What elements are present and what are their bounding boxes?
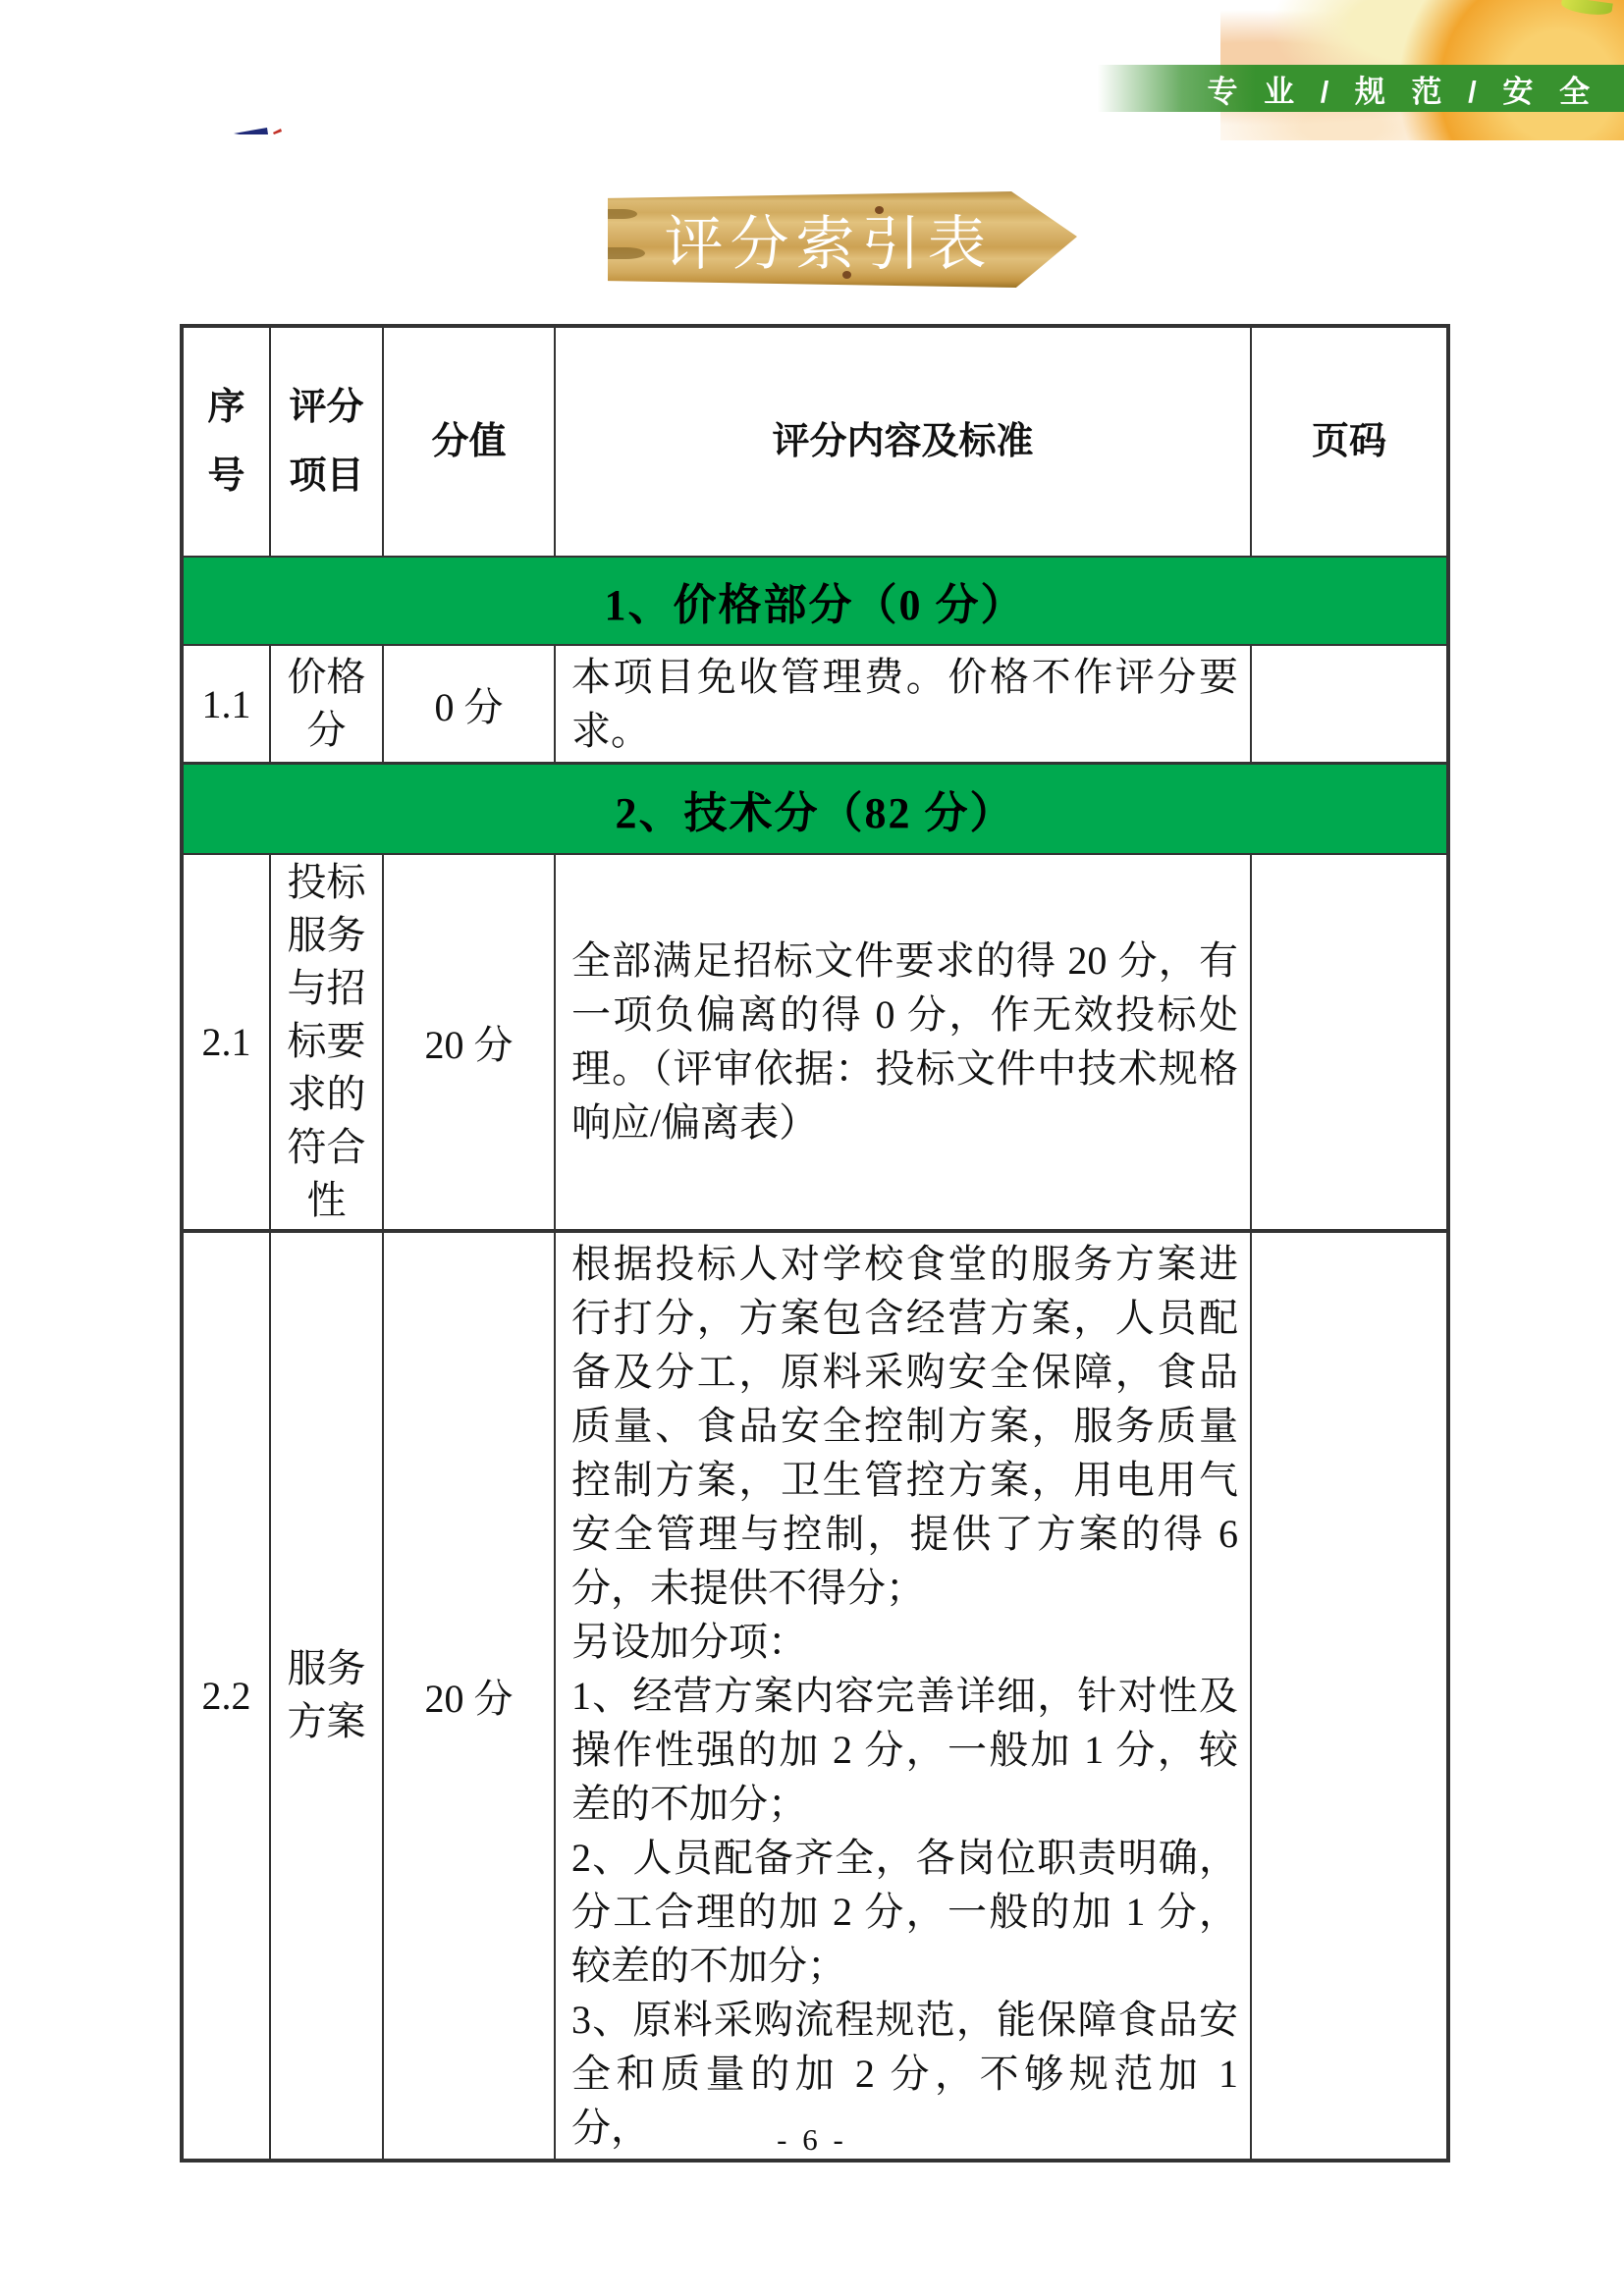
section-title: 2、技术分（82 分） <box>182 764 1448 854</box>
cell-content: 本项目免收管理费。价格不作评分要求。 <box>555 645 1251 764</box>
col-header-no: 序 号 <box>182 326 270 557</box>
logo-mark <box>234 124 285 141</box>
table-row: 1.1 价格分 0 分 本项目免收管理费。价格不作评分要求。 <box>182 645 1448 764</box>
cell-item: 价格分 <box>270 645 383 764</box>
col-header-score: 分值 <box>383 326 555 557</box>
cell-no: 2.2 <box>182 1231 270 2161</box>
table-row: 2.1 投标服务与招标要求的符合性 20 分 全部满足招标文件要求的得 20 分… <box>182 854 1448 1231</box>
section-header-price: 1、价格部分（0 分） <box>182 557 1448 645</box>
cell-content: 全部满足招标文件要求的得 20 分，有一项负偏离的得 0 分，作无效投标处理。（… <box>555 854 1251 1231</box>
cell-page <box>1251 645 1448 764</box>
cell-no: 2.1 <box>182 854 270 1231</box>
cell-score: 0 分 <box>383 645 555 764</box>
document-page: 专 业 / 规 范 / 安 全 评分索引表 序 号 评分 项目 分值 评分内容及… <box>0 0 1624 2296</box>
title-sign: 评分索引表 <box>608 191 1077 288</box>
page-title: 评分索引表 <box>665 197 994 282</box>
cell-page <box>1251 854 1448 1231</box>
wood-grain-mark <box>608 247 645 259</box>
cell-no: 1.1 <box>182 645 270 764</box>
table-header-row: 序 号 评分 项目 分值 评分内容及标准 页码 <box>182 326 1448 557</box>
col-header-content: 评分内容及标准 <box>555 326 1251 557</box>
leaf-decoration <box>1560 0 1612 18</box>
section-header-technical: 2、技术分（82 分） <box>182 764 1448 854</box>
slogan-banner: 专 业 / 规 范 / 安 全 <box>1098 65 1624 112</box>
wood-grain-mark <box>608 209 637 219</box>
cell-page <box>1251 1231 1448 2161</box>
slogan-text: 专 业 / 规 范 / 安 全 <box>1207 67 1624 111</box>
section-title: 1、价格部分（0 分） <box>182 557 1448 645</box>
cell-score: 20 分 <box>383 1231 555 2161</box>
cell-score: 20 分 <box>383 854 555 1231</box>
cell-item: 服务方案 <box>270 1231 383 2161</box>
col-header-page: 页码 <box>1251 326 1448 557</box>
logo-swoosh-icon <box>234 124 285 141</box>
cell-content: 根据投标人对学校食堂的服务方案进行打分，方案包含经营方案，人员配备及分工，原料采… <box>555 1231 1251 2161</box>
cell-item: 投标服务与招标要求的符合性 <box>270 854 383 1231</box>
table-row: 2.2 服务方案 20 分 根据投标人对学校食堂的服务方案进行打分，方案包含经营… <box>182 1231 1448 2161</box>
scoring-index-table: 序 号 评分 项目 分值 评分内容及标准 页码 1、价格部分（0 分） 1.1 … <box>180 324 1450 2163</box>
col-header-item: 评分 项目 <box>270 326 383 557</box>
page-number: - 6 - <box>0 2122 1624 2158</box>
